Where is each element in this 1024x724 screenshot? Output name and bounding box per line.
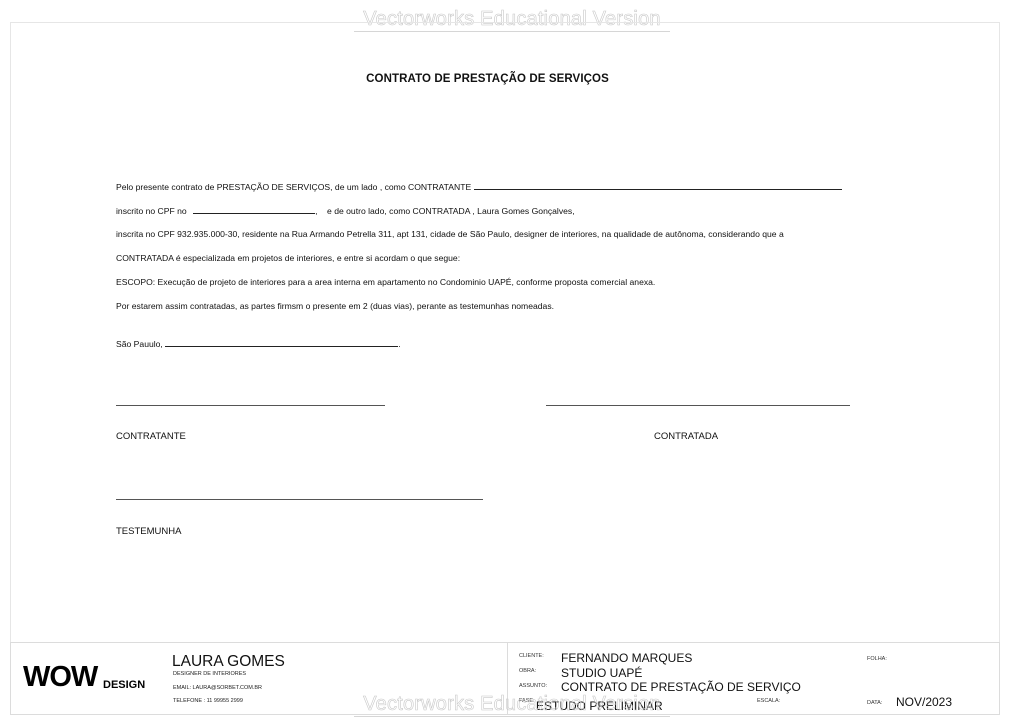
logo-design: DESIGN — [103, 679, 145, 691]
cpf-blank[interactable] — [193, 205, 315, 214]
date-blank[interactable] — [165, 338, 398, 347]
assunto-value: CONTRATO DE PRESTAÇÃO DE SERVIÇO — [561, 680, 801, 694]
line-2-text: , e de outro lado, como CONTRATADA , Lau… — [315, 206, 575, 216]
obra-value: STUDIO UAPÉ — [561, 666, 642, 680]
place-date-line: São Pauulo, . — [116, 338, 401, 349]
designer-role: DESIGNER DE INTERIORES — [173, 671, 246, 677]
contratante-signature-line[interactable] — [116, 405, 385, 406]
line-1-text: Pelo presente contrato de PRESTAÇÃO DE S… — [116, 182, 471, 192]
cliente-value: FERNANDO MARQUES — [561, 651, 692, 665]
paragraph-line-4: CONTRATADA é especializada em projetos d… — [116, 253, 460, 263]
contratada-label: CONTRATADA — [654, 431, 718, 442]
contratada-signature-line[interactable] — [546, 405, 850, 406]
place-end: . — [398, 339, 400, 349]
designer-email: EMAIL: LAURA@SORBET.COM.BR — [173, 685, 262, 691]
logo-wow: WOW — [23, 661, 97, 694]
paragraph-line-1: Pelo presente contrato de PRESTAÇÃO DE S… — [116, 181, 842, 192]
assunto-label: ASSUNTO: — [519, 683, 547, 689]
paragraph-line-3: inscrita no CPF 932.935.000-30, resident… — [116, 229, 784, 239]
drawing-sheet — [10, 22, 1000, 715]
folha-label: FOLHA: — [867, 656, 887, 662]
place-label: São Pauulo, — [116, 339, 163, 349]
testemunha-signature-line[interactable] — [116, 499, 483, 500]
paragraph-line-6: Por estarem assim contratadas, as partes… — [116, 301, 554, 311]
watermark-underline-bottom — [354, 716, 670, 717]
designer-name: LAURA GOMES — [172, 653, 285, 671]
watermark-bottom: Vectorworks Educational Version — [0, 693, 1024, 716]
contratante-label: CONTRATANTE — [116, 431, 186, 442]
line-2-label: inscrito no CPF no — [116, 206, 187, 216]
testemunha-label: TESTEMUNHA — [116, 526, 181, 537]
paragraph-line-5: ESCOPO: Execução de projeto de interiore… — [116, 277, 655, 287]
paragraph-line-2: inscrito no CPF no , e de outro lado, co… — [116, 205, 575, 216]
cliente-label: CLIENTE: — [519, 653, 544, 659]
document-title: CONTRATO DE PRESTAÇÃO DE SERVIÇOS — [0, 73, 975, 85]
contratante-name-blank[interactable] — [474, 181, 842, 190]
obra-label: OBRA: — [519, 668, 536, 674]
